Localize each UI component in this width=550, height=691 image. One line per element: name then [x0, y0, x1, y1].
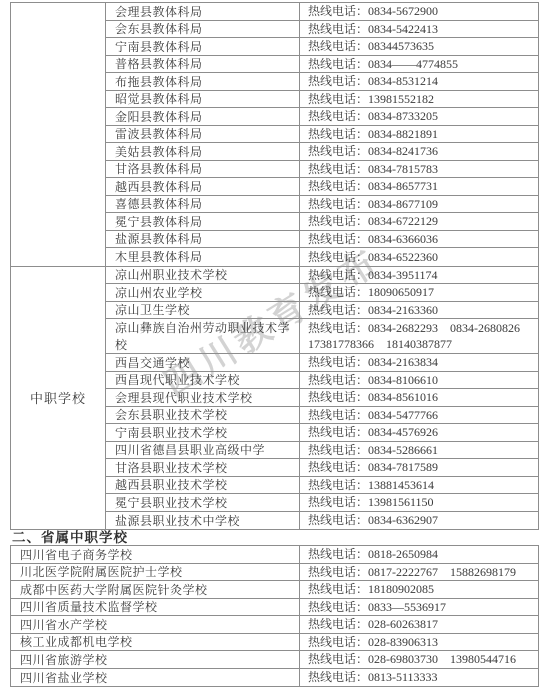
- table-row: 会理县现代职业技术学校热线电话：0834-8561016: [106, 389, 538, 407]
- table-row: 凉山州职业技术学校热线电话：0834-3951174: [106, 267, 538, 285]
- document-page: 四川教育发布 中职学校 会理县教体科局热线电话：0834-5672900会东县教…: [0, 0, 550, 691]
- hotline-line: 热线电话：0834-6722129: [308, 213, 538, 230]
- table-row: 成都中医药大学附属医院针灸学校热线电话：18180902085: [11, 581, 538, 599]
- hotline-cell: 热线电话：0834-6722129: [300, 213, 538, 230]
- table-row: 核工业成都机电学校热线电话：028-83906313: [11, 634, 538, 652]
- table-row: 四川省旅游学校热线电话：028-69803730 13980544716: [11, 651, 538, 669]
- table-row: 冕宁县教体科局热线电话：0834-6722129: [106, 213, 538, 231]
- school-name-cell: 冕宁县职业技术学校: [106, 494, 300, 511]
- table-row: 四川省德昌县职业高级中学热线电话：0834-5286661: [106, 442, 538, 460]
- table-row: 凉山州农业学校热线电话：18090650917: [106, 284, 538, 302]
- hotline-cell: 热线电话：0834-8657731: [300, 178, 538, 195]
- hotline-cell: 热线电话：0834-2682293 0834-26808261738177836…: [300, 319, 538, 353]
- table-row: 普格县教体科局热线电话：0834——4774855: [106, 56, 538, 74]
- school-name-cell: 四川省德昌县职业高级中学: [106, 442, 300, 459]
- table-row: 盐源县教体科局热线电话：0834-6366036: [106, 231, 538, 249]
- hotline-cell: 热线电话：0834-2163360: [300, 302, 538, 319]
- school-name-cell: 西昌交通学校: [106, 354, 300, 371]
- category-label: 中职学校: [30, 388, 86, 407]
- hotline-line: 热线电话：028-83906313: [308, 634, 538, 651]
- table-row: 会东县职业技术学校热线电话：0834-5477766: [106, 407, 538, 425]
- vocational-school-rowgroup: 凉山州职业技术学校热线电话：0834-3951174凉山州农业学校热线电话：18…: [106, 266, 538, 530]
- hotline-cell: 热线电话：028-69803730 13980544716: [300, 651, 538, 668]
- hotline-line: 热线电话：13981561150: [308, 494, 538, 511]
- hotline-line: 热线电话：0834-7817589: [308, 459, 538, 476]
- hotline-line: 热线电话：0834-4576926: [308, 424, 538, 441]
- hotline-cell: 热线电话：0833—5536917: [300, 599, 538, 616]
- school-name-cell: 盐源县教体科局: [106, 231, 300, 248]
- school-name-cell: 木里县教体科局: [106, 248, 300, 266]
- table-row: 宁南县教体科局热线电话：08344573635: [106, 38, 538, 56]
- hotline-line: 热线电话：0834-8241736: [308, 143, 538, 160]
- hotline-line: 热线电话：0834-7815783: [308, 161, 538, 178]
- hotline-cell: 热线电话：0834-8677109: [300, 196, 538, 213]
- hotline-line: 热线电话：0834-8106610: [308, 372, 538, 389]
- school-name-cell: 四川省质量技术监督学校: [11, 599, 300, 616]
- hotline-line: 热线电话：0834——4774855: [308, 56, 538, 73]
- school-name-cell: 会理县现代职业技术学校: [106, 389, 300, 406]
- school-name-cell: 川北医学院附属医院护士学校: [11, 564, 300, 581]
- school-name-cell: 甘洛县教体科局: [106, 161, 300, 178]
- hotline-line: 热线电话：0834-6366036: [308, 231, 538, 248]
- school-name-cell: 核工业成都机电学校: [11, 634, 300, 651]
- table-row: 越西县教体科局热线电话：0834-8657731: [106, 178, 538, 196]
- hotline-cell: 热线电话：0817-2222767 15882698179: [300, 564, 538, 581]
- school-name-cell: 西昌现代职业技术学校: [106, 372, 300, 389]
- table-row: 凉山卫生学校热线电话：0834-2163360: [106, 302, 538, 320]
- hotline-cell: 热线电话：13881453614: [300, 477, 538, 494]
- school-name-cell: 宁南县职业技术学校: [106, 424, 300, 441]
- hotline-cell: 热线电话：08344573635: [300, 38, 538, 55]
- school-name-cell: 成都中医药大学附属医院针灸学校: [11, 581, 300, 598]
- prefecture-schools-table: 中职学校 会理县教体科局热线电话：0834-5672900会东县教体科局热线电话…: [10, 2, 539, 530]
- hotline-cell: 热线电话：0834-3951174: [300, 267, 538, 284]
- school-name-cell: 甘洛县职业技术学校: [106, 459, 300, 476]
- hotline-cell: 热线电话：18090650917: [300, 284, 538, 301]
- hotline-cell: 热线电话：0818-2650984: [300, 546, 538, 563]
- table-row: 会理县教体科局热线电话：0834-5672900: [106, 3, 538, 21]
- hotline-line: 热线电话：08344573635: [308, 38, 538, 55]
- school-name-cell: 凉山州农业学校: [106, 284, 300, 301]
- hotline-line: 热线电话：0834-6522360: [308, 249, 538, 266]
- school-name-cell: 雷波县教体科局: [106, 126, 300, 143]
- table-row: 喜德县教体科局热线电话：0834-8677109: [106, 196, 538, 214]
- school-name-cell: 金阳县教体科局: [106, 108, 300, 125]
- school-name-cell: 凉山州职业技术学校: [106, 267, 300, 284]
- hotline-cell: 热线电话：0834-5477766: [300, 407, 538, 424]
- hotline-cell: 热线电话：028-83906313: [300, 634, 538, 651]
- hotline-line: 热线电话：0813-5113333: [308, 669, 538, 686]
- category-cell-empty: [11, 3, 105, 266]
- hotline-cell: 热线电话：0834-7815783: [300, 161, 538, 178]
- table-row: 盐源县职业技术中学校热线电话：0834-6362907: [106, 512, 538, 530]
- hotline-line: 热线电话：0834-8657731: [308, 178, 538, 195]
- hotline-cell: 热线电话：0834-6362907: [300, 512, 538, 530]
- hotline-line: 热线电话：18090650917: [308, 284, 538, 301]
- hotline-line: 热线电话：0834-2163834: [308, 354, 538, 371]
- table-row: 会东县教体科局热线电话：0834-5422413: [106, 21, 538, 39]
- table-row: 四川省电子商务学校热线电话：0818-2650984: [11, 546, 538, 564]
- hotline-cell: 热线电话：0834-8561016: [300, 389, 538, 406]
- hotline-line: 热线电话：18180902085: [308, 581, 538, 598]
- hotline-cell: 热线电话：0834-8106610: [300, 372, 538, 389]
- hotline-line: 热线电话：0834-8531214: [308, 73, 538, 90]
- school-name-cell: 凉山彝族自治州劳动职业技术学校: [106, 319, 300, 353]
- category-cell-vocational: 中职学校: [11, 266, 105, 530]
- school-name-cell: 昭觉县教体科局: [106, 91, 300, 108]
- school-name-cell: 喜德县教体科局: [106, 196, 300, 213]
- table-row: 冕宁县职业技术学校热线电话：13981561150: [106, 494, 538, 512]
- hotline-cell: 热线电话：13981552182: [300, 91, 538, 108]
- table-row: 美姑县教体科局热线电话：0834-8241736: [106, 143, 538, 161]
- hotline-cell: 热线电话：028-60263817: [300, 616, 538, 633]
- category-column: 中职学校: [11, 3, 106, 529]
- hotline-cell: 热线电话：0834-8531214: [300, 73, 538, 90]
- school-name-cell: 会东县职业技术学校: [106, 407, 300, 424]
- hotline-cell: 热线电话：0834——4774855: [300, 56, 538, 73]
- hotline-line: 热线电话：13881453614: [308, 477, 538, 494]
- hotline-line: 热线电话：0834-6362907: [308, 512, 538, 529]
- table-row: 金阳县教体科局热线电话：0834-8733205: [106, 108, 538, 126]
- hotline-line: 热线电话：0834-8677109: [308, 196, 538, 213]
- table-row: 昭觉县教体科局热线电话：13981552182: [106, 91, 538, 109]
- school-name-cell: 凉山卫生学校: [106, 302, 300, 319]
- section2-heading-text: 二、省属中职学校: [12, 530, 128, 545]
- table-row: 雷波县教体科局热线电话：0834-8821891: [106, 126, 538, 144]
- hotline-line: 热线电话：0834-3951174: [308, 267, 538, 284]
- hotline-line: 热线电话：0833—5536917: [308, 599, 538, 616]
- hotline-cell: 热线电话：0834-5286661: [300, 442, 538, 459]
- hotline-cell: 热线电话：0834-4576926: [300, 424, 538, 441]
- school-name-cell: 四川省水产学校: [11, 616, 300, 633]
- hotline-line: 热线电话：0818-2650984: [308, 546, 538, 563]
- table-row: 四川省盐业学校热线电话：0813-5113333: [11, 669, 538, 687]
- hotline-line: 热线电话：0834-2682293 0834-2680826: [308, 320, 538, 337]
- hotline-cell: 热线电话：0834-6366036: [300, 231, 538, 248]
- table-row: 甘洛县职业技术学校热线电话：0834-7817589: [106, 459, 538, 477]
- hotline-line: 热线电话：0817-2222767 15882698179: [308, 564, 538, 581]
- school-name-cell: 会理县教体科局: [106, 3, 300, 20]
- hotline-line: 热线电话：13981552182: [308, 91, 538, 108]
- hotline-line: 热线电话：0834-8561016: [308, 389, 538, 406]
- hotline-line: 热线电话：0834-8821891: [308, 126, 538, 143]
- hotline-line: 热线电话：0834-2163360: [308, 302, 538, 319]
- hotline-line: 热线电话：0834-5672900: [308, 3, 538, 20]
- school-name-cell: 会东县教体科局: [106, 21, 300, 38]
- hotline-line: 热线电话：0834-5422413: [308, 21, 538, 38]
- section2-heading: 二、省属中职学校: [12, 526, 128, 546]
- hotline-line: 热线电话：0834-5286661: [308, 442, 538, 459]
- school-name-cell: 四川省电子商务学校: [11, 546, 300, 563]
- school-name-cell: 四川省旅游学校: [11, 651, 300, 668]
- school-name-cell: 盐源县职业技术中学校: [106, 512, 300, 530]
- hotline-cell: 热线电话：0834-5672900: [300, 3, 538, 20]
- hotline-cell: 热线电话：18180902085: [300, 581, 538, 598]
- table-row: 越西县职业技术学校热线电话：13881453614: [106, 477, 538, 495]
- hotline-cell: 热线电话：0834-7817589: [300, 459, 538, 476]
- table-row: 西昌现代职业技术学校热线电话：0834-8106610: [106, 372, 538, 390]
- school-name-cell: 四川省盐业学校: [11, 669, 300, 687]
- hotline-cell: 热线电话：0834-2163834: [300, 354, 538, 371]
- county-bureau-rowgroup: 会理县教体科局热线电话：0834-5672900会东县教体科局热线电话：0834…: [106, 3, 538, 266]
- table-row: 四川省水产学校热线电话：028-60263817: [11, 616, 538, 634]
- table-rows-column: 会理县教体科局热线电话：0834-5672900会东县教体科局热线电话：0834…: [106, 3, 538, 529]
- hotline-cell: 热线电话：0834-6522360: [300, 248, 538, 266]
- school-name-cell: 宁南县教体科局: [106, 38, 300, 55]
- hotline-cell: 热线电话：0834-8733205: [300, 108, 538, 125]
- school-name-cell: 美姑县教体科局: [106, 143, 300, 160]
- table-row: 川北医学院附属医院护士学校热线电话：0817-2222767 158826981…: [11, 564, 538, 582]
- hotline-line: 热线电话：0834-5477766: [308, 407, 538, 424]
- school-name-cell: 越西县教体科局: [106, 178, 300, 195]
- school-name-cell: 普格县教体科局: [106, 56, 300, 73]
- hotline-line: 热线电话：028-69803730 13980544716: [308, 651, 538, 668]
- table-row: 甘洛县教体科局热线电话：0834-7815783: [106, 161, 538, 179]
- hotline-line: 热线电话：0834-8733205: [308, 108, 538, 125]
- hotline-cell: 热线电话：0834-5422413: [300, 21, 538, 38]
- hotline-cell: 热线电话：13981561150: [300, 494, 538, 511]
- table-row: 木里县教体科局热线电话：0834-6522360: [106, 248, 538, 266]
- table-row: 宁南县职业技术学校热线电话：0834-4576926: [106, 424, 538, 442]
- hotline-cell: 热线电话：0834-8821891: [300, 126, 538, 143]
- hotline-line: 热线电话：028-60263817: [308, 616, 538, 633]
- hotline-cell: 热线电话：0834-8241736: [300, 143, 538, 160]
- table-row: 布拖县教体科局热线电话：0834-8531214: [106, 73, 538, 91]
- table-row: 凉山彝族自治州劳动职业技术学校热线电话：0834-2682293 0834-26…: [106, 319, 538, 354]
- provincial-schools-table: 四川省电子商务学校热线电话：0818-2650984川北医学院附属医院护士学校热…: [10, 545, 539, 687]
- table-row: 四川省质量技术监督学校热线电话：0833—5536917: [11, 599, 538, 617]
- hotline-cell: 热线电话：0813-5113333: [300, 669, 538, 687]
- table-row: 西昌交通学校热线电话：0834-2163834: [106, 354, 538, 372]
- school-name-cell: 冕宁县教体科局: [106, 213, 300, 230]
- school-name-cell: 布拖县教体科局: [106, 73, 300, 90]
- hotline-line-2: 17381778366 18140387877: [308, 336, 538, 353]
- school-name-cell: 越西县职业技术学校: [106, 477, 300, 494]
